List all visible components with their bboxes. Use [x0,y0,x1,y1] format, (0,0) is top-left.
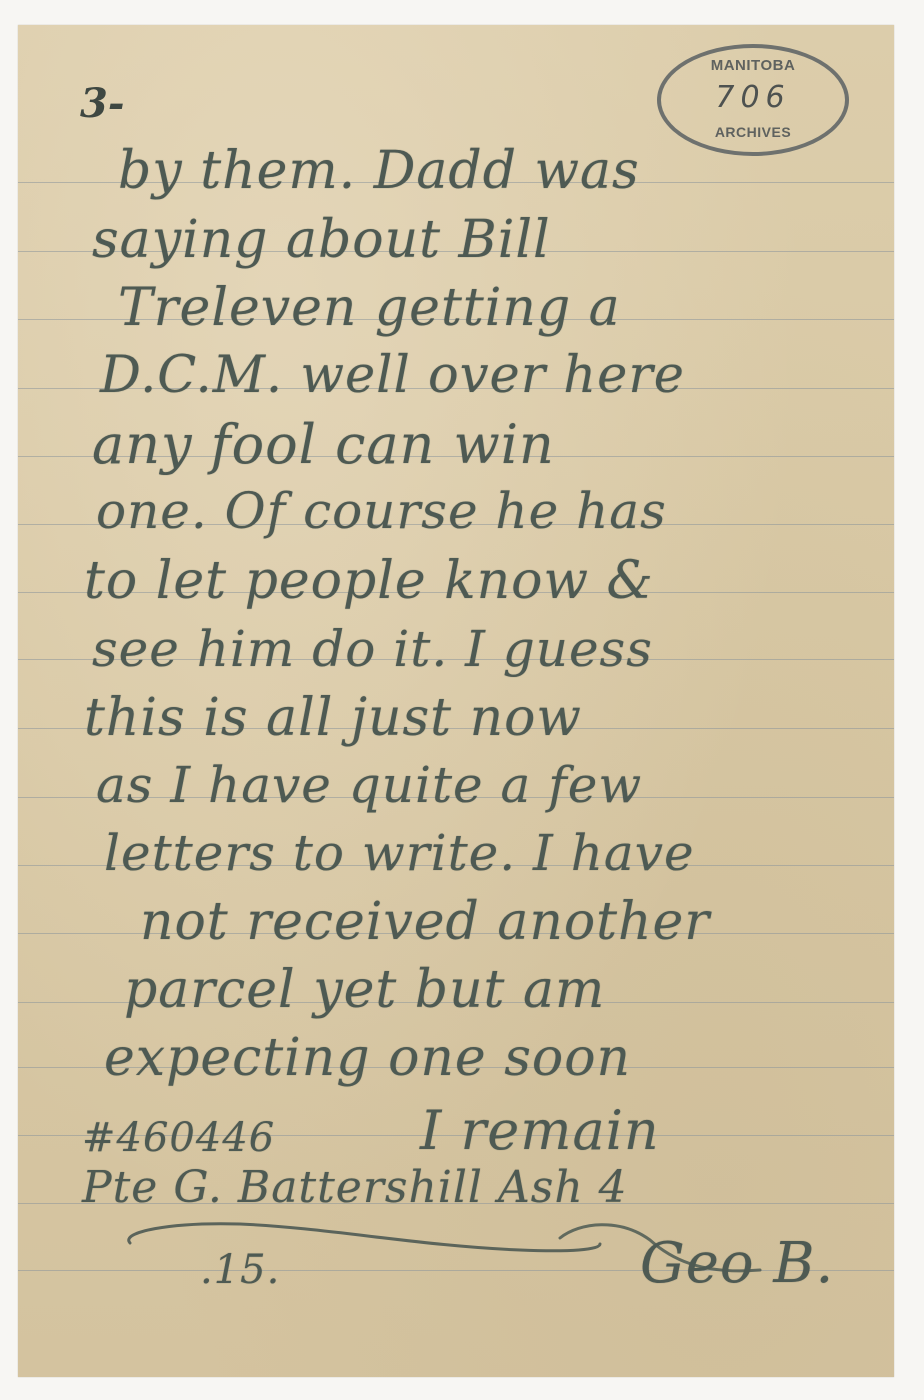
letter-line: to let people know & [84,555,654,607]
stamp-number: 706 [661,80,845,115]
letter-line: D.C.M. well over here [100,350,685,401]
letter-line: see him do it. I guess [92,624,653,674]
letter-line: one. Of course he has [96,486,667,536]
letter-line: parcel yet but am [124,964,605,1016]
archive-stamp: MANITOBA 706 ARCHIVES [657,44,849,156]
letter-closing: I remain [420,1104,660,1158]
letter-line: expecting one soon [104,1032,631,1084]
letter-line: Treleven getting a [118,282,621,334]
letter-line: any fool can win [92,418,555,472]
letter-line: by them. Dadd was [118,145,640,197]
letter-line: saying about Bill [92,214,551,266]
stamp-top-text: MANITOBA [661,57,845,74]
signature: Geo B. [640,1236,834,1292]
date-fragment: .15. [200,1250,280,1290]
letter-line: this is all just now [84,692,582,744]
stamp-bottom-text: ARCHIVES [661,124,845,140]
letter-line: not received another [140,896,710,948]
letter-line: as I have quite a few [96,760,642,810]
page-number: 3- [80,80,124,127]
letter-line: letters to write. I have [104,828,695,878]
service-number: #460446 [82,1118,275,1158]
signature-block: Pte G. Battershill Ash 4 [82,1166,628,1210]
